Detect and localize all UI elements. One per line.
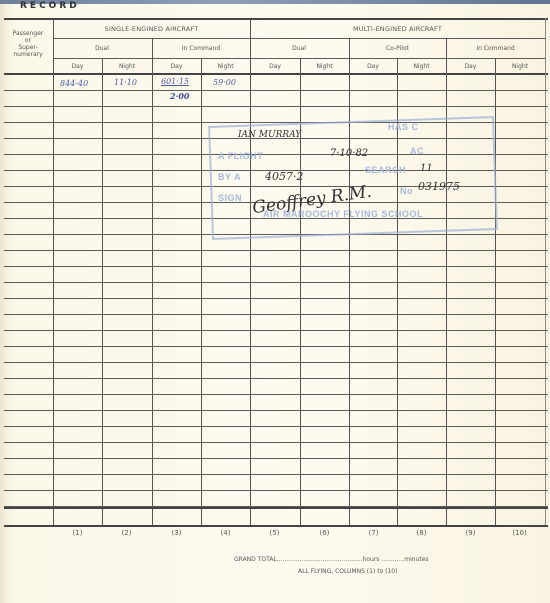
- stamp-line4: SIGN: [218, 193, 242, 203]
- multi-engined-header: MULTI-ENGINED AIRCRAFT: [250, 25, 545, 33]
- passenger-line-3: Super-: [4, 44, 52, 51]
- colnum-8: (8): [397, 529, 446, 537]
- row-rule: [4, 410, 548, 411]
- handwritten-search: 11: [420, 163, 433, 174]
- row-rule: [4, 362, 548, 363]
- row-rule: [4, 394, 548, 395]
- row-rule: [4, 314, 548, 315]
- row-rule: [4, 250, 548, 251]
- header-top-rule: [4, 18, 548, 20]
- page-title: RECORD: [20, 1, 80, 11]
- col-divider: [201, 58, 202, 526]
- row-rule: [4, 474, 548, 475]
- grand-total-subtitle: ALL FLYING, COLUMNS (1) to (10): [298, 568, 397, 575]
- col-divider: [250, 18, 251, 526]
- colnum-6: (6): [300, 529, 349, 537]
- passenger-line-1: Passenger: [4, 30, 52, 37]
- header-bottom-rule: [4, 73, 548, 75]
- col-divider: [495, 58, 496, 526]
- entry-se-cmd-day-row2: 2·00: [170, 91, 189, 101]
- handwritten-number: 031975: [418, 180, 460, 193]
- page-top-edge: [0, 0, 550, 4]
- entry-se-dual-night: 11·10: [114, 78, 137, 87]
- me-copilot-header: Co-Pilot: [349, 45, 446, 52]
- col1-header: Day: [53, 63, 102, 70]
- row-rule: [4, 266, 548, 267]
- handwritten-value: 4057·2: [265, 170, 304, 183]
- stamp-line2-right: AC: [410, 146, 424, 156]
- entry-se-cmd-night: 59·00: [213, 78, 236, 87]
- me-dual-header: Dual: [250, 45, 348, 52]
- col4-header: Night: [201, 63, 250, 70]
- passenger-line-2: or: [4, 37, 52, 44]
- col2-header: Night: [102, 63, 152, 70]
- row-rule: [4, 282, 548, 283]
- header-group-rule: [53, 38, 545, 39]
- stamp-line4-right: No: [400, 186, 413, 196]
- col10-header: Night: [495, 63, 545, 70]
- colnum-9: (9): [446, 529, 495, 537]
- stamp-line3-right: SEARCH: [365, 165, 406, 175]
- entry-se-cmd-day: 601·15: [161, 77, 189, 86]
- colnum-2: (2): [102, 529, 151, 537]
- entry-se-dual-day: 844-40: [60, 79, 88, 88]
- passenger-line-4: numerary: [4, 51, 52, 58]
- se-dual-header: Dual: [53, 45, 151, 52]
- col6-header: Night: [300, 63, 349, 70]
- col5-header: Day: [250, 63, 300, 70]
- col9-header: Day: [446, 63, 495, 70]
- row-rule: [4, 426, 548, 427]
- row-rule: [4, 298, 548, 299]
- col8-header: Night: [397, 63, 446, 70]
- row-rule: [4, 458, 548, 459]
- row-rule: [4, 346, 548, 347]
- right-edge: [545, 18, 546, 526]
- colnum-3: (3): [152, 529, 201, 537]
- colnum-7: (7): [349, 529, 398, 537]
- col3-header: Day: [152, 63, 201, 70]
- total-row-bottom-rule: [4, 525, 548, 527]
- row-rule: [4, 442, 548, 443]
- row-rule: [4, 330, 548, 331]
- stamp-line3: BY A: [218, 172, 241, 182]
- handwritten-name: IAN MURRAY: [238, 130, 301, 140]
- row-rule: [4, 490, 548, 491]
- row-rule: [4, 378, 548, 379]
- col-divider: [53, 18, 54, 526]
- total-row-top-rule: [4, 507, 548, 509]
- colnum-1: (1): [53, 529, 102, 537]
- grand-total-label: GRAND TOTAL.............................…: [234, 556, 429, 563]
- stamp-line2: A FLIGHT: [218, 151, 263, 161]
- me-command-header: In Command: [446, 45, 545, 52]
- col-divider: [102, 58, 103, 526]
- colnum-4: (4): [201, 529, 250, 537]
- stamp-line1: HAS C: [388, 122, 419, 132]
- colnum-5: (5): [250, 529, 299, 537]
- header-daynight-rule: [53, 58, 545, 59]
- row-rule: [4, 106, 548, 107]
- single-engined-header: SINGLE-ENGINED AIRCRAFT: [53, 25, 250, 33]
- row-rule: [4, 90, 548, 91]
- col7-header: Day: [349, 63, 397, 70]
- colnum-10: (10): [495, 529, 544, 537]
- logbook-page: RECORD Passenger or Super- numerary SING…: [0, 0, 550, 603]
- handwritten-date: 7·10·82: [330, 148, 368, 159]
- se-command-header: In Command: [152, 45, 250, 52]
- passenger-header: Passenger or Super- numerary: [4, 30, 52, 58]
